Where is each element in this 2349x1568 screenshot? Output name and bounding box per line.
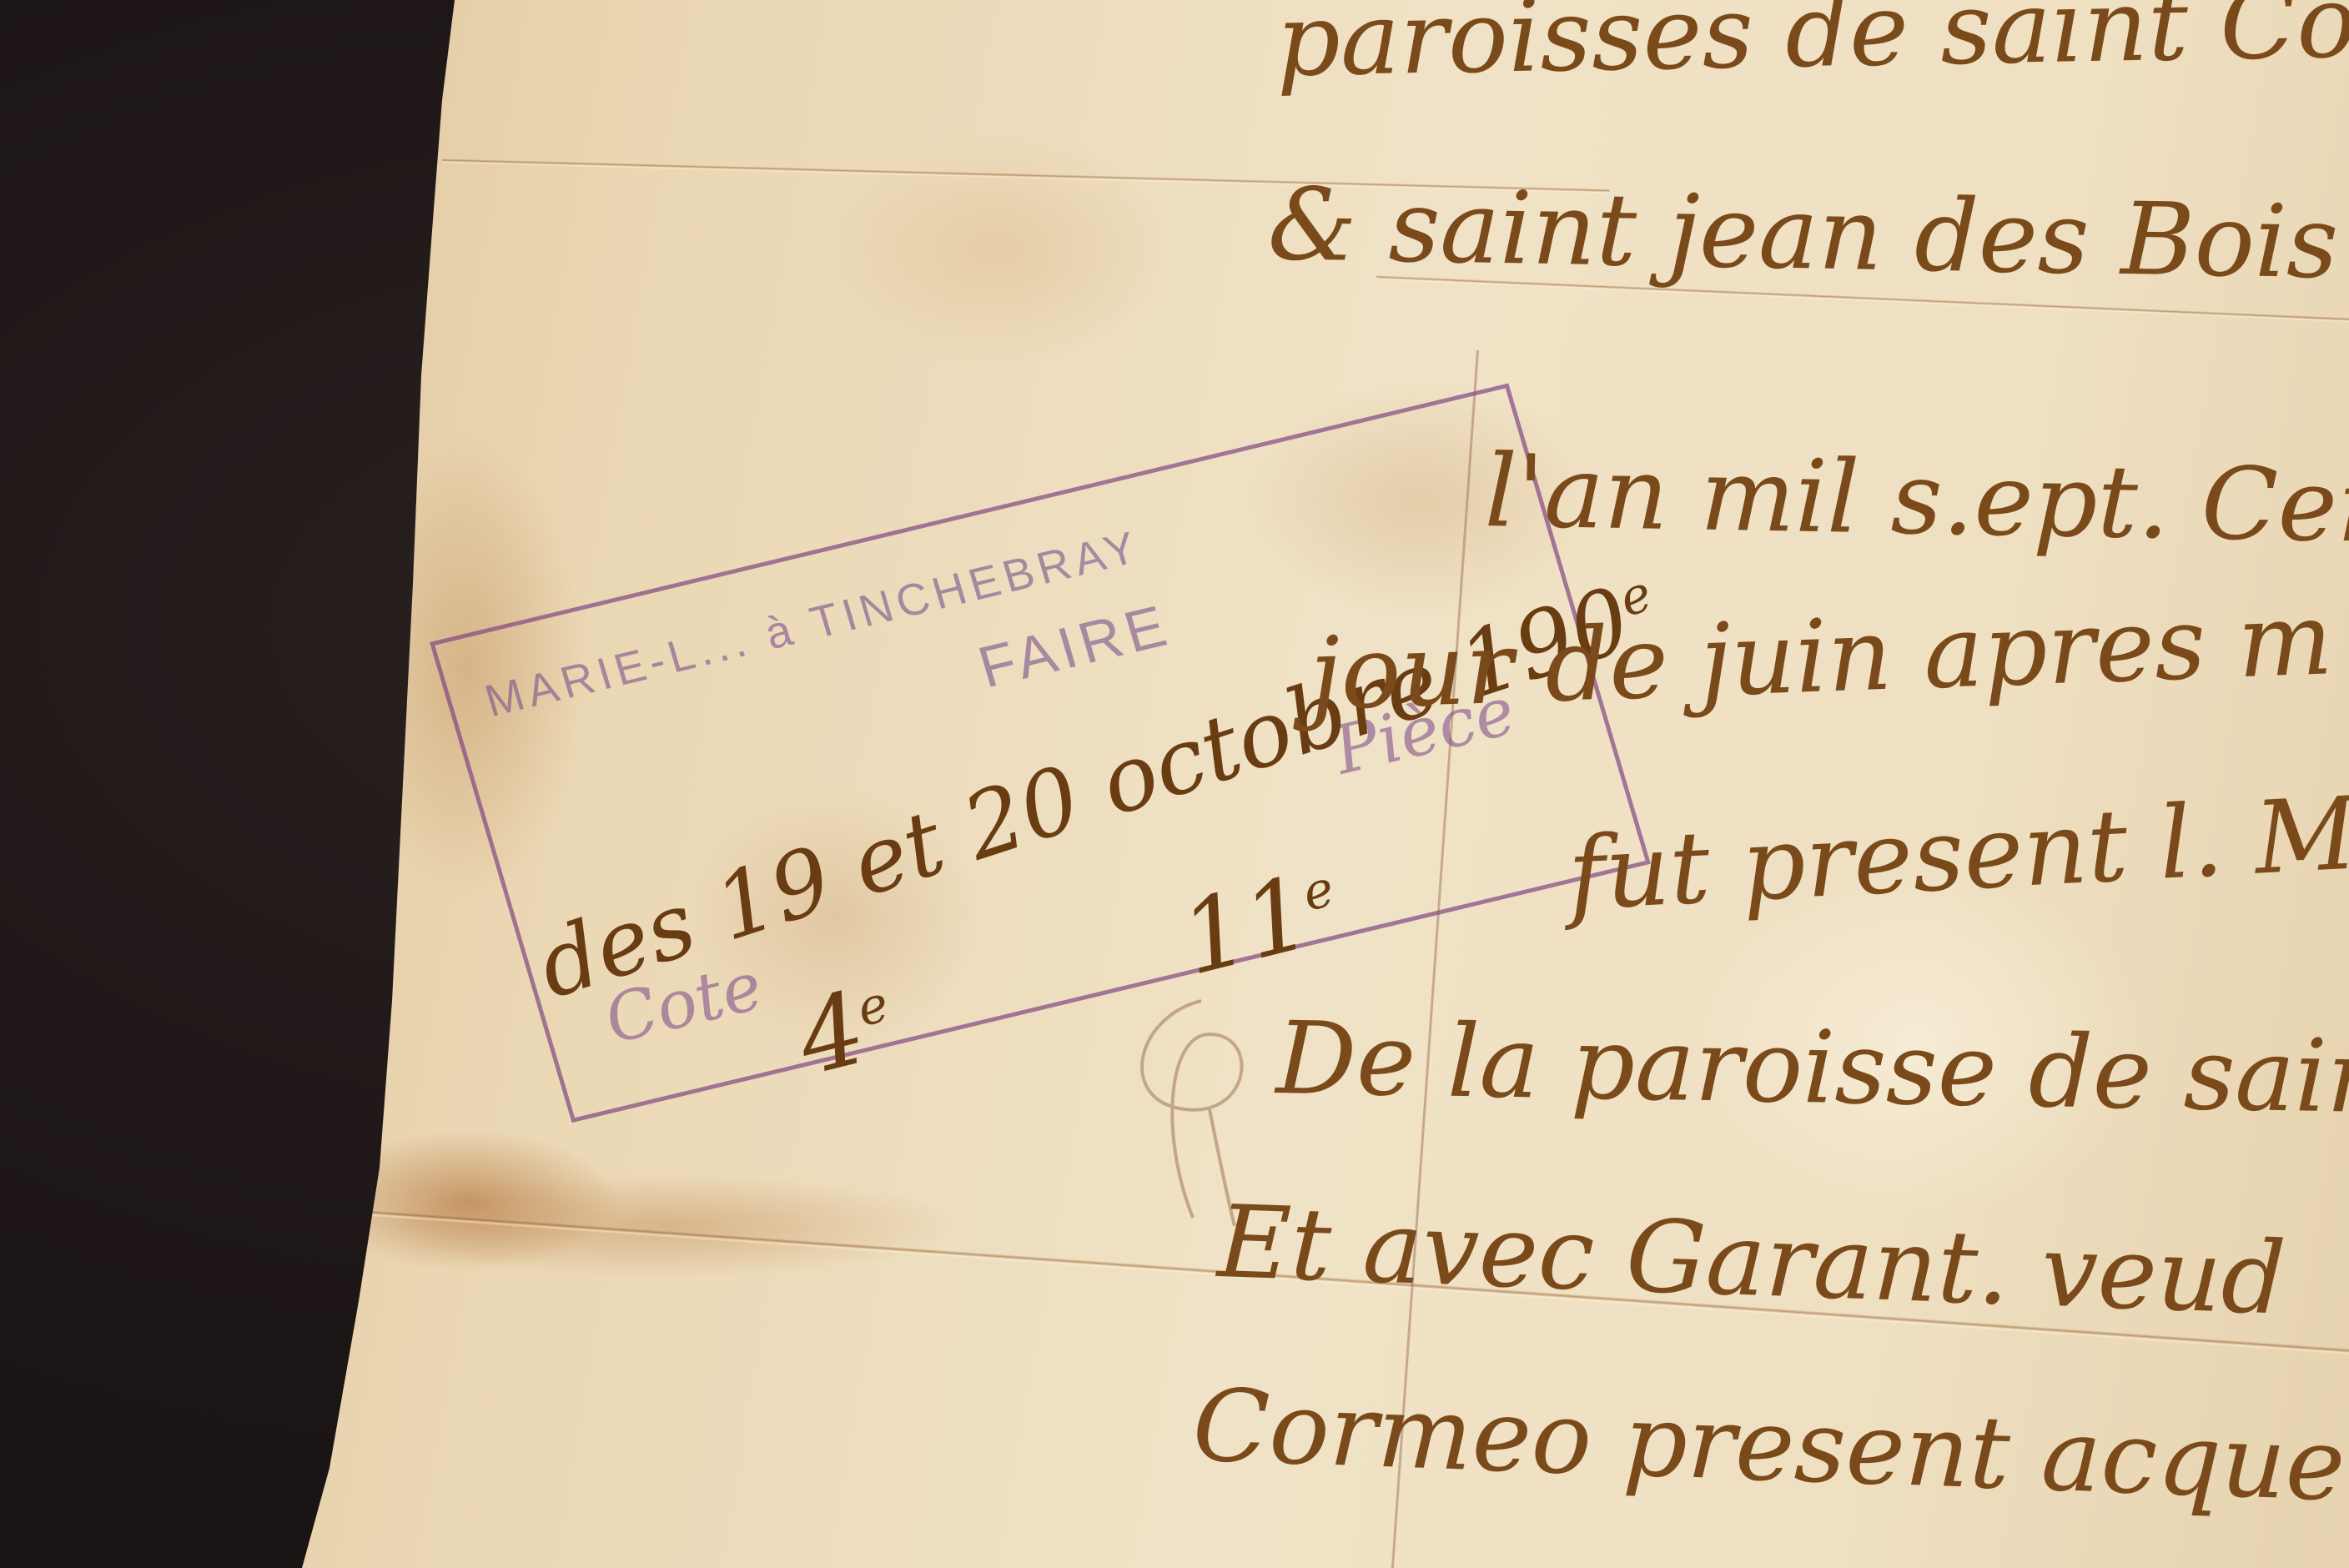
manuscript-line-2: & saint jean des Bois (1267, 167, 2339, 301)
stamp-line-2: FAIRE (971, 591, 1179, 701)
manuscript-line-3: l'an mil s.ept. Cen (1484, 434, 2349, 565)
manuscript-line-1: paroisses de saint Cor (1275, 0, 2349, 99)
manuscript-line-5: fut present l. Miche (1565, 765, 2349, 933)
manuscript-line-8: Cormeo present acquerei (1191, 1368, 2349, 1529)
manuscript-line-6: De la paroisse de sain (1275, 1001, 2349, 1136)
manuscript-line-7: Et avec Garant. veud (1216, 1184, 2288, 1338)
